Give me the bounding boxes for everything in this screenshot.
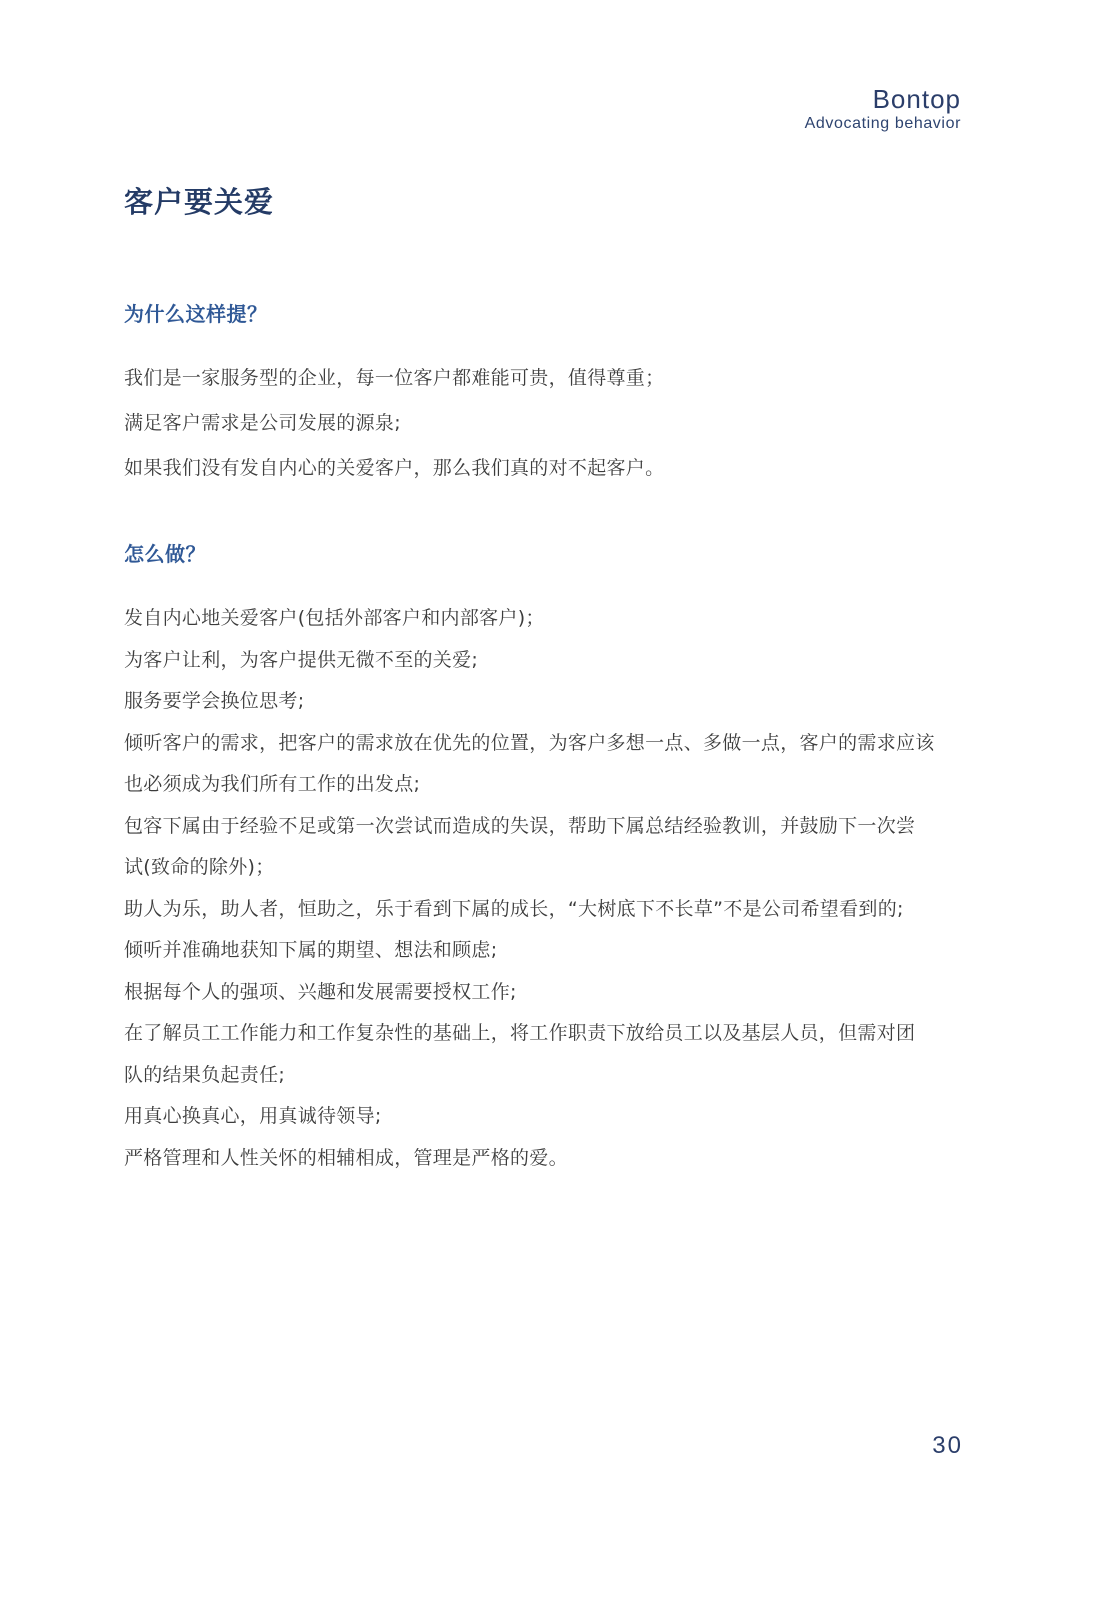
how-paragraph: 发自内心地关爱客户(包括外部客户和内部客户)；: [124, 598, 954, 640]
page-title: 客户要关爱: [124, 180, 274, 221]
section-how: 怎么做？ 发自内心地关爱客户(包括外部客户和内部客户)； 为客户让利，为客户提供…: [124, 540, 954, 1179]
how-paragraph: 倾听并准确地获知下属的期望、想法和顾虑;: [124, 930, 954, 972]
how-paragraph: 包容下属由于经验不足或第一次尝试而造成的失误，帮助下属总结经验教训，并鼓励下一次…: [124, 806, 954, 848]
how-paragraph: 根据每个人的强项、兴趣和发展需要授权工作;: [124, 972, 954, 1014]
how-paragraph: 也必须成为我们所有工作的出发点;: [124, 764, 954, 806]
page-number: 30: [932, 1432, 963, 1460]
section-why: 为什么这样提？ 我们是一家服务型的企业，每一位客户都难能可贵，值得尊重； 满足客…: [124, 300, 954, 491]
how-paragraph: 倾听客户的需求，把客户的需求放在优先的位置，为客户多想一点、多做一点，客户的需求…: [124, 723, 954, 765]
how-paragraph: 队的结果负起责任;: [124, 1055, 954, 1097]
header-brand: Bontop Advocating behavior: [805, 84, 961, 134]
how-paragraph: 助人为乐，助人者，恒助之，乐于看到下属的成长，“大树底下不长草”不是公司希望看到…: [124, 889, 954, 931]
how-paragraph: 服务要学会换位思考;: [124, 681, 954, 723]
why-paragraph: 如果我们没有发自内心的关爱客户，那么我们真的对不起客户。: [124, 446, 954, 491]
section-heading-how: 怎么做？: [124, 540, 954, 568]
why-paragraph: 满足客户需求是公司发展的源泉;: [124, 401, 954, 446]
how-paragraph: 试(致命的除外)；: [124, 847, 954, 889]
how-paragraph: 严格管理和人性关怀的相辅相成，管理是严格的爱。: [124, 1138, 954, 1180]
brand-tagline: Advocating behavior: [805, 114, 961, 134]
why-paragraph-list: 我们是一家服务型的企业，每一位客户都难能可贵，值得尊重； 满足客户需求是公司发展…: [124, 356, 954, 491]
how-paragraph: 为客户让利，为客户提供无微不至的关爱;: [124, 640, 954, 682]
how-paragraph: 在了解员工工作能力和工作复杂性的基础上，将工作职责下放给员工以及基层人员，但需对…: [124, 1013, 954, 1055]
how-paragraph: 用真心换真心，用真诚待领导;: [124, 1096, 954, 1138]
brand-name: Bontop: [805, 84, 961, 114]
how-paragraph-list: 发自内心地关爱客户(包括外部客户和内部客户)； 为客户让利，为客户提供无微不至的…: [124, 598, 954, 1179]
section-heading-why: 为什么这样提？: [124, 300, 954, 328]
why-paragraph: 我们是一家服务型的企业，每一位客户都难能可贵，值得尊重；: [124, 356, 954, 401]
